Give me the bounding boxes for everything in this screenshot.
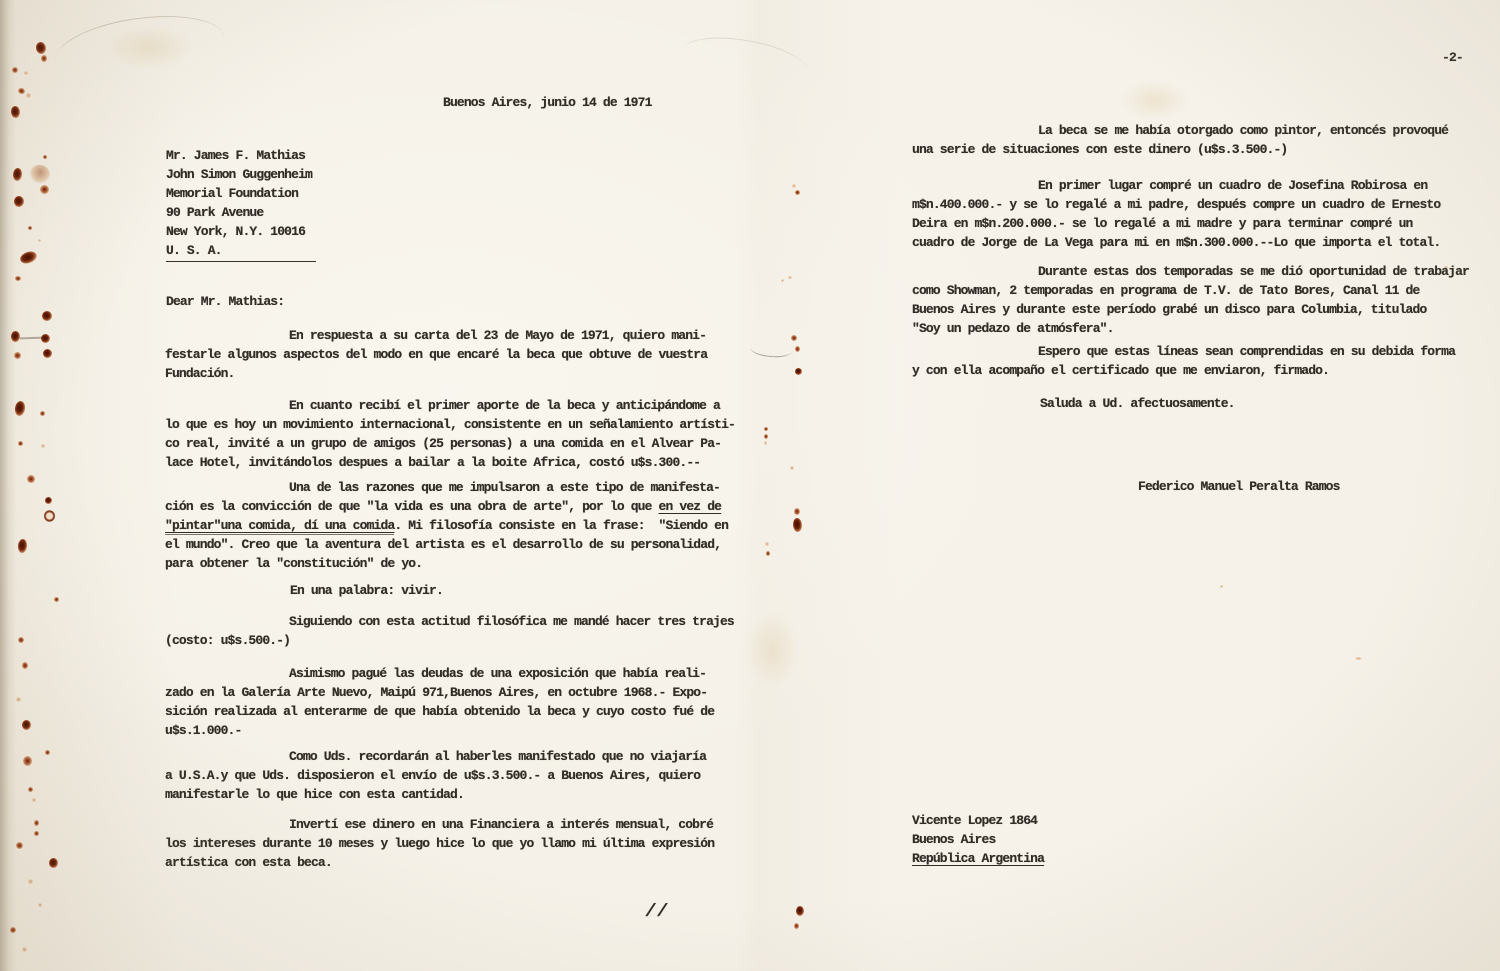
paper-stain (49, 858, 58, 868)
paragraph-razones-underline-2: "pintar"una comida, dí una comida (165, 518, 394, 535)
paper-stain (105, 25, 195, 70)
paper-stain (28, 226, 32, 230)
recipient-line: John Simon Guggenheim (166, 165, 312, 184)
paper-stain (19, 249, 39, 265)
paper-stain (1220, 585, 1223, 588)
recipient-line: 90 Park Avenue (166, 203, 263, 222)
paper-stain (766, 551, 770, 556)
closing: Saluda a Ud. afectuosamente. (1040, 394, 1235, 413)
paper-stain (790, 466, 794, 470)
paper-stain (1120, 80, 1190, 120)
paragraph-palabra: En una palabra: vivir. (290, 581, 443, 600)
paper-stain (764, 434, 768, 439)
recipient-line: Memorial Foundation (166, 184, 298, 203)
paper-stain (1355, 657, 1362, 660)
recipient-country-underlined: U. S. A. (166, 241, 316, 262)
paper-stain (41, 334, 50, 343)
paper-stain (18, 441, 23, 446)
paragraph-razones-underline-1: en vez de (659, 499, 722, 514)
paper-stain (781, 279, 784, 282)
paper-stain (34, 820, 39, 826)
salutation: Dear Mr. Mathias: (166, 292, 284, 311)
paper-stain (18, 637, 24, 643)
paper-stain (14, 196, 24, 207)
paragraph-beca: La beca se me había otorgado como pintor… (912, 121, 1500, 159)
paper-crease (52, 6, 229, 90)
paper-stain (14, 352, 21, 359)
paper-stain (43, 155, 47, 159)
paper-stain (26, 93, 31, 98)
paper-stain (16, 697, 21, 702)
paper-stain (45, 750, 50, 755)
paper-stain (40, 411, 45, 416)
paper-stain (10, 106, 20, 119)
paper-stain (38, 239, 41, 242)
paper-stain (17, 539, 27, 554)
paper-stain (22, 947, 27, 952)
paper-stain (794, 508, 800, 515)
paper-stain (28, 787, 33, 792)
paragraph-cuadros: En primer lugar compré un cuadro de Jose… (912, 176, 1500, 252)
paper-stain (12, 67, 18, 73)
paper-stain (12, 168, 22, 182)
paper-stain (35, 41, 47, 55)
recipient-line-country: U. S. A. (166, 241, 316, 262)
paper-stain (42, 311, 52, 321)
continuation-mark: // (644, 903, 670, 922)
paper-stain (34, 831, 39, 836)
paragraph-envio: Como Uds. recordarán al haberles manifes… (165, 747, 755, 804)
recipient-line: New York, N.Y. 10016 (166, 222, 305, 241)
paper-stain (792, 518, 802, 533)
paper-stain (15, 276, 21, 281)
paper-stain (764, 441, 767, 445)
paragraph-razones-text: Una de las razones que me impulsaron a e… (165, 480, 720, 514)
paper-stain (23, 756, 32, 766)
paragraph-respuesta: En respuesta a su carta del 23 de Mayo d… (165, 326, 755, 383)
paper-stain (17, 87, 26, 95)
paper-stain (27, 475, 35, 483)
paper-stain (14, 400, 26, 416)
paper-stain (16, 842, 23, 849)
paper-stain (794, 923, 799, 929)
letter-date: Buenos Aires, junio 14 de 1971 (443, 93, 652, 112)
paper-crease (677, 29, 813, 96)
paper-stain (788, 276, 792, 279)
paper-stain (24, 71, 28, 75)
stain-connector (20, 337, 44, 339)
paper-stain (22, 720, 31, 730)
paragraph-aporte: En cuanto recibí el primer aporte de la … (165, 396, 755, 472)
sender-address-country: República Argentina (912, 849, 1044, 868)
paper-stain (41, 444, 45, 448)
paper-stain (54, 597, 59, 602)
paper-stain (40, 185, 49, 194)
paragraph-showman: Durante estas dos temporadas se me dió o… (912, 262, 1500, 338)
paragraph-razones: Una de las razones que me impulsaron a e… (165, 478, 755, 573)
signature: Federico Manuel Peralta Ramos (1138, 477, 1340, 496)
paper-stain (22, 662, 28, 669)
paper-stain (11, 331, 20, 342)
paper-stain (38, 903, 42, 907)
page-number: -2- (1442, 48, 1463, 67)
paper-stain (765, 542, 769, 546)
paragraph-trajes: Siguiendo con esta actitud filosófica me… (165, 612, 755, 650)
scanned-letter: Buenos Aires, junio 14 de 1971 Mr. James… (0, 0, 1500, 971)
paper-stain (10, 927, 16, 933)
sender-address-line: Vicente Lopez 1864 (912, 811, 1037, 830)
paragraph-inverti: Invertí ese dinero en una Financiera a i… (165, 815, 755, 872)
pencil-mark (749, 340, 792, 359)
paper-stain (795, 368, 802, 375)
paper-stain (796, 906, 804, 916)
paper-stain (43, 349, 52, 358)
sender-address-line: Buenos Aires (912, 830, 995, 849)
paper-stain (795, 190, 800, 195)
paper-stain (792, 184, 796, 188)
paper-stain (791, 335, 797, 341)
paragraph-espero: Espero que estas líneas sean comprendida… (912, 342, 1500, 380)
paper-stain (45, 497, 52, 504)
recipient-line: Mr. James F. Mathias (166, 146, 305, 165)
paper-stain (795, 346, 800, 352)
paper-stain (44, 510, 55, 522)
paper-stain (41, 55, 47, 62)
paper-stain (28, 163, 52, 186)
paper-edge-shadow (0, 0, 16, 971)
paragraph-exposicion: Asimismo pagué las deudas de una exposic… (165, 664, 755, 740)
paper-stain (764, 427, 768, 431)
paper-stain (28, 879, 33, 884)
paper-stain (32, 798, 36, 802)
